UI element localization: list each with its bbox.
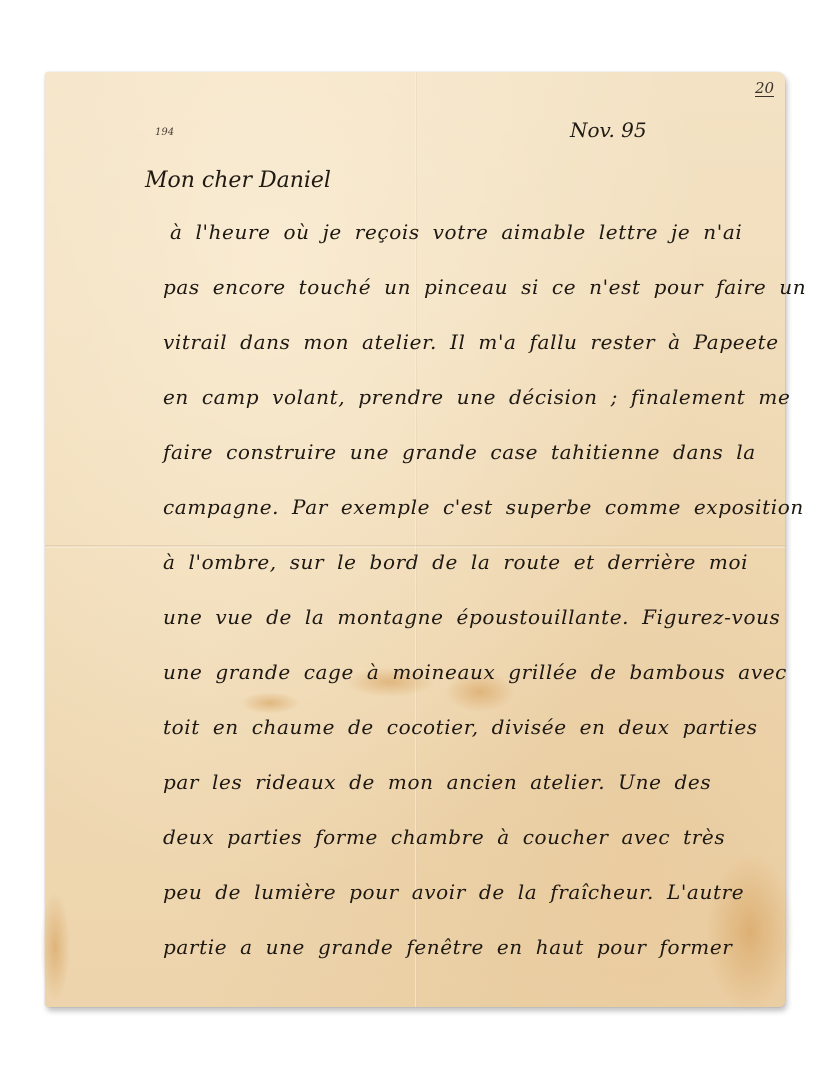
letter-line: partie a une grande fenêtre en haut pour… (163, 935, 732, 959)
edge-stain-right (705, 852, 795, 1012)
letter-date: Nov. 95 (570, 118, 647, 142)
letter-line: vitrail dans mon atelier. Il m'a fallu r… (163, 330, 779, 354)
letter-line: à l'heure où je reçois votre aimable let… (170, 220, 742, 244)
letter-line: peu de lumière pour avoir de la fraîcheu… (163, 880, 744, 904)
letter-line: deux parties forme chambre à coucher ave… (163, 825, 725, 849)
letter-line: faire construire une grande case tahitie… (163, 440, 756, 464)
reference-mark: 194 (155, 127, 174, 138)
letter-page: 20 194 Nov. 95 Mon cher Daniel à l'heure… (45, 72, 785, 1007)
letter-line: toit en chaume de cocotier, divisée en d… (163, 715, 758, 739)
letter-line: à l'ombre, sur le bord de la route et de… (163, 550, 748, 574)
vertical-fold-crease (415, 72, 417, 1007)
salutation: Mon cher Daniel (145, 168, 331, 193)
letter-line: en camp volant, prendre une décision ; f… (163, 385, 790, 409)
letter-line: une vue de la montagne époustouillante. … (163, 605, 780, 629)
edge-stain-left (40, 892, 70, 1002)
water-stain (240, 692, 300, 714)
horizontal-fold-crease (45, 545, 785, 548)
letter-line: campagne. Par exemple c'est superbe comm… (163, 495, 804, 519)
letter-line: par les rideaux de mon ancien atelier. U… (163, 770, 711, 794)
letter-line: pas encore touché un pinceau si ce n'est… (163, 275, 806, 299)
letter-line: une grande cage à moineaux grillée de ba… (163, 660, 787, 684)
page-number: 20 (755, 80, 774, 97)
